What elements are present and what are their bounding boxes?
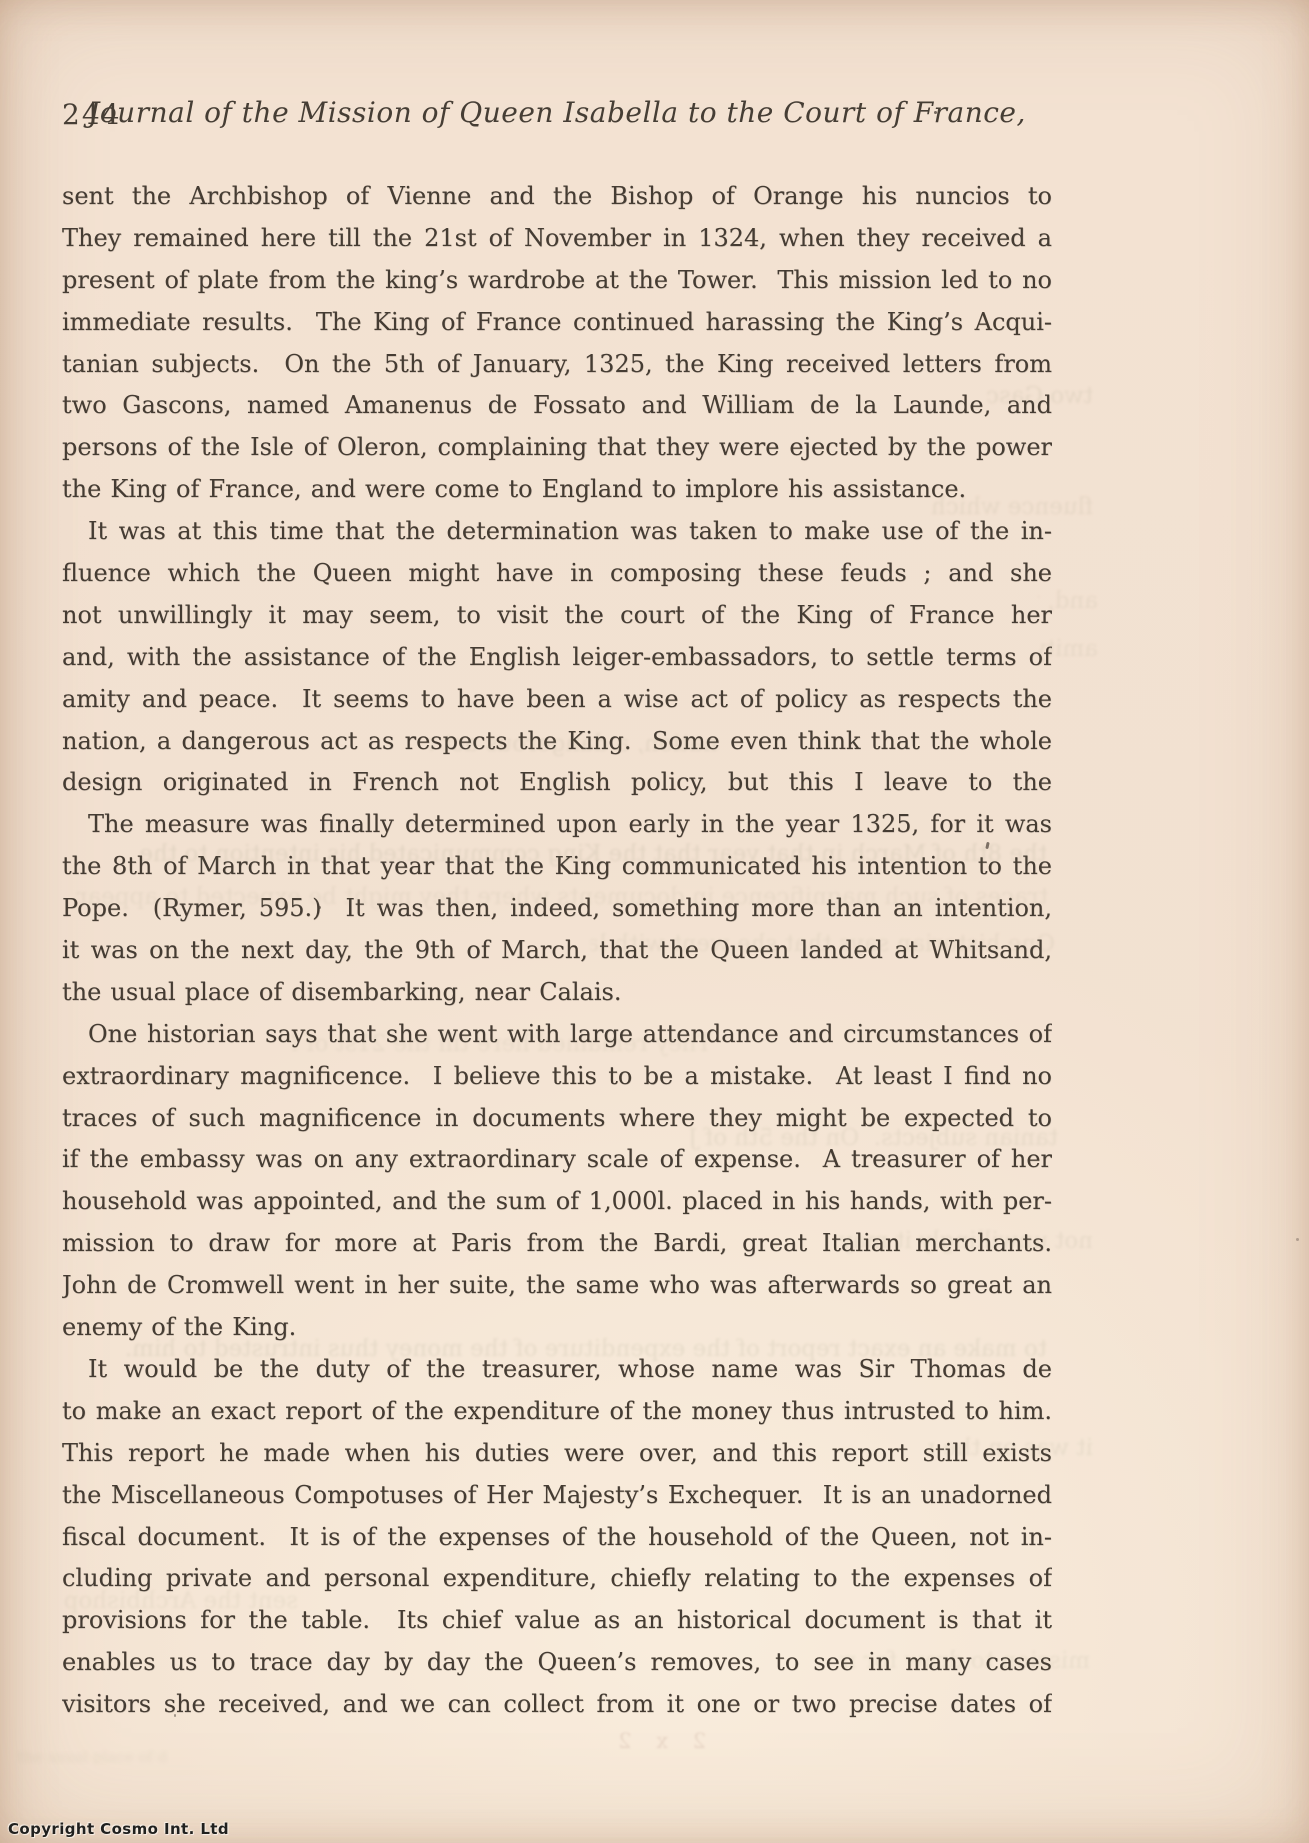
signature-mark-ghost: 2 x 2 [596, 1729, 706, 1753]
text-line: visitors she received, and we can collec… [62, 1684, 1052, 1726]
text-line: to make an exact report of the expenditu… [62, 1391, 1052, 1433]
text-line: amity and peace. It seems to have been a… [62, 679, 1052, 721]
text-line: nation, a dangerous act as respects the … [62, 721, 1052, 763]
paragraph: One historian says that she went with la… [62, 1014, 1052, 1349]
text-line: enables us to trace day by day the Queen… [62, 1642, 1052, 1684]
text-line: present of plate from the king’s wardrob… [62, 260, 1052, 302]
text-line: The measure was finally determined upon … [62, 804, 1052, 846]
running-head: 244 Journal of the Mission of Queen Isab… [62, 96, 1052, 140]
page-number: 244 [62, 98, 121, 131]
scanned-book-page: 244 Journal of the Mission of Queen Isab… [0, 0, 1309, 1843]
text-line: fiscal document. It is of the expenses o… [62, 1517, 1052, 1559]
text-line: enemy of the King. [62, 1307, 1052, 1349]
text-line: not unwillingly it may seem, to visit th… [62, 595, 1052, 637]
text-line: persons of the Isle of Oleron, complaini… [62, 427, 1052, 469]
text-line: mission to draw for more at Paris from t… [62, 1223, 1052, 1265]
paragraph: The measure was finally determined upon … [62, 804, 1052, 1013]
ink-speck [1296, 1238, 1299, 1241]
text-line: the usual place of disembarking, near Ca… [62, 972, 1052, 1014]
text-line: immediate results. The King of France co… [62, 302, 1052, 344]
text-line: the Miscellaneous Compotuses of Her Maje… [62, 1475, 1052, 1517]
text-line: This report he made when his duties were… [62, 1433, 1052, 1475]
text-line: fluence which the Queen might have in co… [62, 553, 1052, 595]
text-line: and, with the assistance of the English … [62, 637, 1052, 679]
text-block: sent the Archbishop of Vienne and the Bi… [62, 176, 1052, 1726]
text-line: the King of France, and were come to Eng… [62, 469, 1052, 511]
text-line: traces of such magnificence in documents… [62, 1098, 1052, 1140]
show-through-smudge: the usual place of disembarking, near Ca… [18, 1748, 168, 1764]
text-line: sent the Archbishop of Vienne and the Bi… [62, 176, 1052, 218]
paragraph: sent the Archbishop of Vienne and the Bi… [62, 176, 1052, 511]
running-title: Journal of the Mission of Queen Isabella… [62, 96, 1052, 129]
text-line: It was at this time that the determinati… [62, 511, 1052, 553]
text-line: two Gascons, named Amanenus de Fossato a… [62, 385, 1052, 427]
text-line: design originated in French not English … [62, 762, 1052, 804]
paragraph: It would be the duty of the treasurer, w… [62, 1349, 1052, 1726]
paragraph: It was at this time that the determinati… [62, 511, 1052, 804]
text-line: Pope. (Rymer, 595.) It was then, indeed,… [62, 888, 1052, 930]
text-line: extraordinary magnificence. I believe th… [62, 1056, 1052, 1098]
text-line: it was on the next day, the 9th of March… [62, 930, 1052, 972]
text-line: It would be the duty of the treasurer, w… [62, 1349, 1052, 1391]
text-line: tanian subjects. On the 5th of January, … [62, 344, 1052, 386]
text-line: if the embassy was on any extraordinary … [62, 1139, 1052, 1181]
text-line: household was appointed, and the sum of … [62, 1181, 1052, 1223]
text-line: John de Cromwell went in her suite, the … [62, 1265, 1052, 1307]
text-line: They remained here till the 21st of Nove… [62, 218, 1052, 260]
text-line: provisions for the table. Its chief valu… [62, 1600, 1052, 1642]
text-line: the 8th of March in that year that the K… [62, 846, 1052, 888]
text-line: One historian says that she went with la… [62, 1014, 1052, 1056]
copyright-watermark: Copyright Cosmo Int. Ltd [8, 1820, 229, 1838]
text-line: cluding private and personal expenditure… [62, 1558, 1052, 1600]
